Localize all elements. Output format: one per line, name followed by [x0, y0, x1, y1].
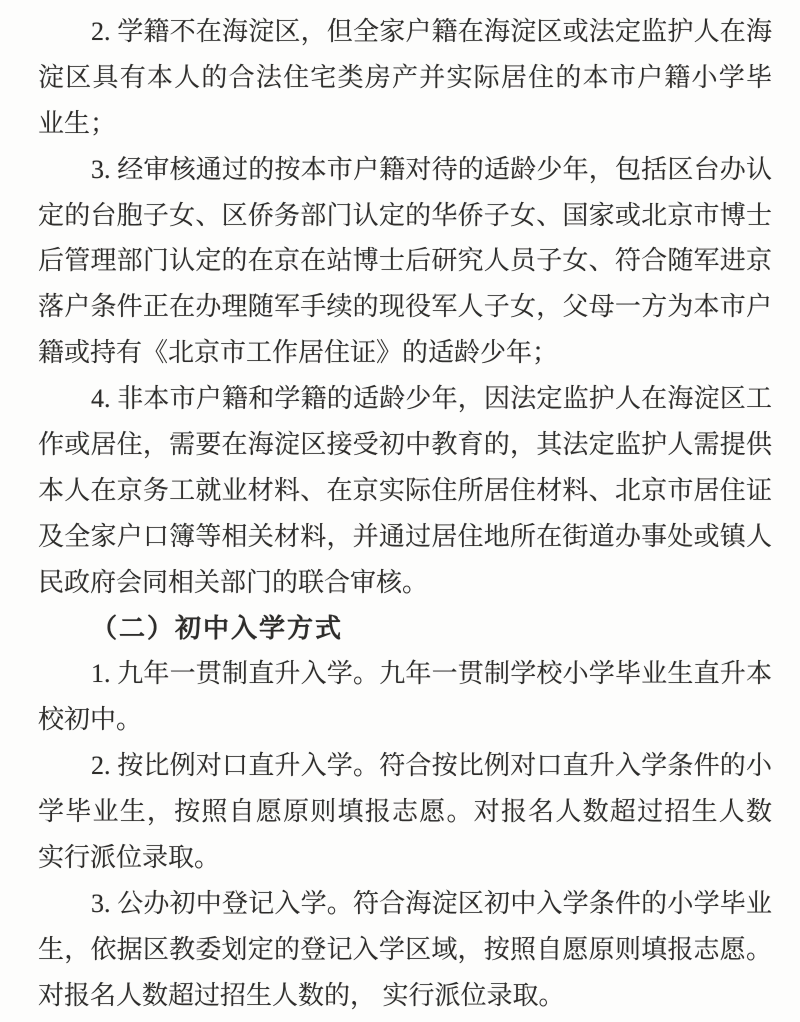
text-line: 3. 公办初中登记入学。符合海淀区初中入学条件的小学毕业 [38, 881, 772, 927]
paragraph-3: 4. 非本市户籍和学籍的适龄少年，因法定监护人在海淀区工作或居住，需要在海淀区接… [38, 376, 772, 605]
text-line: 对报名人数超过招生人数的， 实行派位录取。 [38, 973, 772, 1019]
text-line: 校初中。 [38, 697, 772, 743]
text-line: 本人在京务工就业材料、在京实际住所居住材料、北京市居住证 [38, 468, 772, 514]
document-page: 2. 学籍不在海淀区，但全家户籍在海淀区或法定监护人在海淀区具有本人的合法住宅类… [0, 0, 800, 1022]
text-line: 生，依据区教委划定的登记入学区域，按照自愿原则填报志愿。 [38, 927, 772, 973]
text-line: 2. 按比例对口直升入学。符合按比例对口直升入学条件的小 [38, 743, 772, 789]
text-line: 后管理部门认定的在京在站博士后研究人员子女、符合随军进京 [38, 238, 772, 284]
text-line: 业生； [38, 101, 772, 147]
text-line: 籍或持有《北京市工作居住证》的适龄少年； [38, 330, 772, 376]
text-line: （二）初中入学方式 [38, 606, 772, 652]
text-line: 淀区具有本人的合法住宅类房产并实际居住的本市户籍小学毕 [38, 55, 772, 101]
text-line: 4. 非本市户籍和学籍的适龄少年，因法定监护人在海淀区工 [38, 376, 772, 422]
text-line: 1. 九年一贯制直升入学。九年一贯制学校小学毕业生直升本 [38, 651, 772, 697]
text-line: 2. 学籍不在海淀区，但全家户籍在海淀区或法定监护人在海 [38, 9, 772, 55]
text-line: 学毕业生，按照自愿原则填报志愿。对报名人数超过招生人数的， [38, 789, 772, 835]
text-line: 民政府会同相关部门的联合审核。 [38, 560, 772, 606]
paragraph-1: 2. 学籍不在海淀区，但全家户籍在海淀区或法定监护人在海淀区具有本人的合法住宅类… [38, 9, 772, 147]
paragraph-7: 3. 公办初中登记入学。符合海淀区初中入学条件的小学毕业生，依据区教委划定的登记… [38, 881, 772, 1019]
text-line: 3. 经审核通过的按本市户籍对待的适龄少年，包括区台办认 [38, 147, 772, 193]
paragraph-6: 2. 按比例对口直升入学。符合按比例对口直升入学条件的小学毕业生，按照自愿原则填… [38, 743, 772, 881]
paragraph-5: 1. 九年一贯制直升入学。九年一贯制学校小学毕业生直升本校初中。 [38, 651, 772, 743]
text-line: 及全家户口簿等相关材料，并通过居住地所在街道办事处或镇人 [38, 514, 772, 560]
text-line: 实行派位录取。 [38, 835, 772, 881]
text-line: 落户条件正在办理随军手续的现役军人子女，父母一方为本市户 [38, 284, 772, 330]
text-line: 作或居住，需要在海淀区接受初中教育的，其法定监护人需提供 [38, 422, 772, 468]
heading-4: （二）初中入学方式 [38, 606, 772, 652]
text-line: 定的台胞子女、区侨务部门认定的华侨子女、国家或北京市博士 [38, 193, 772, 239]
paragraph-2: 3. 经审核通过的按本市户籍对待的适龄少年，包括区台办认定的台胞子女、区侨务部门… [38, 147, 772, 376]
